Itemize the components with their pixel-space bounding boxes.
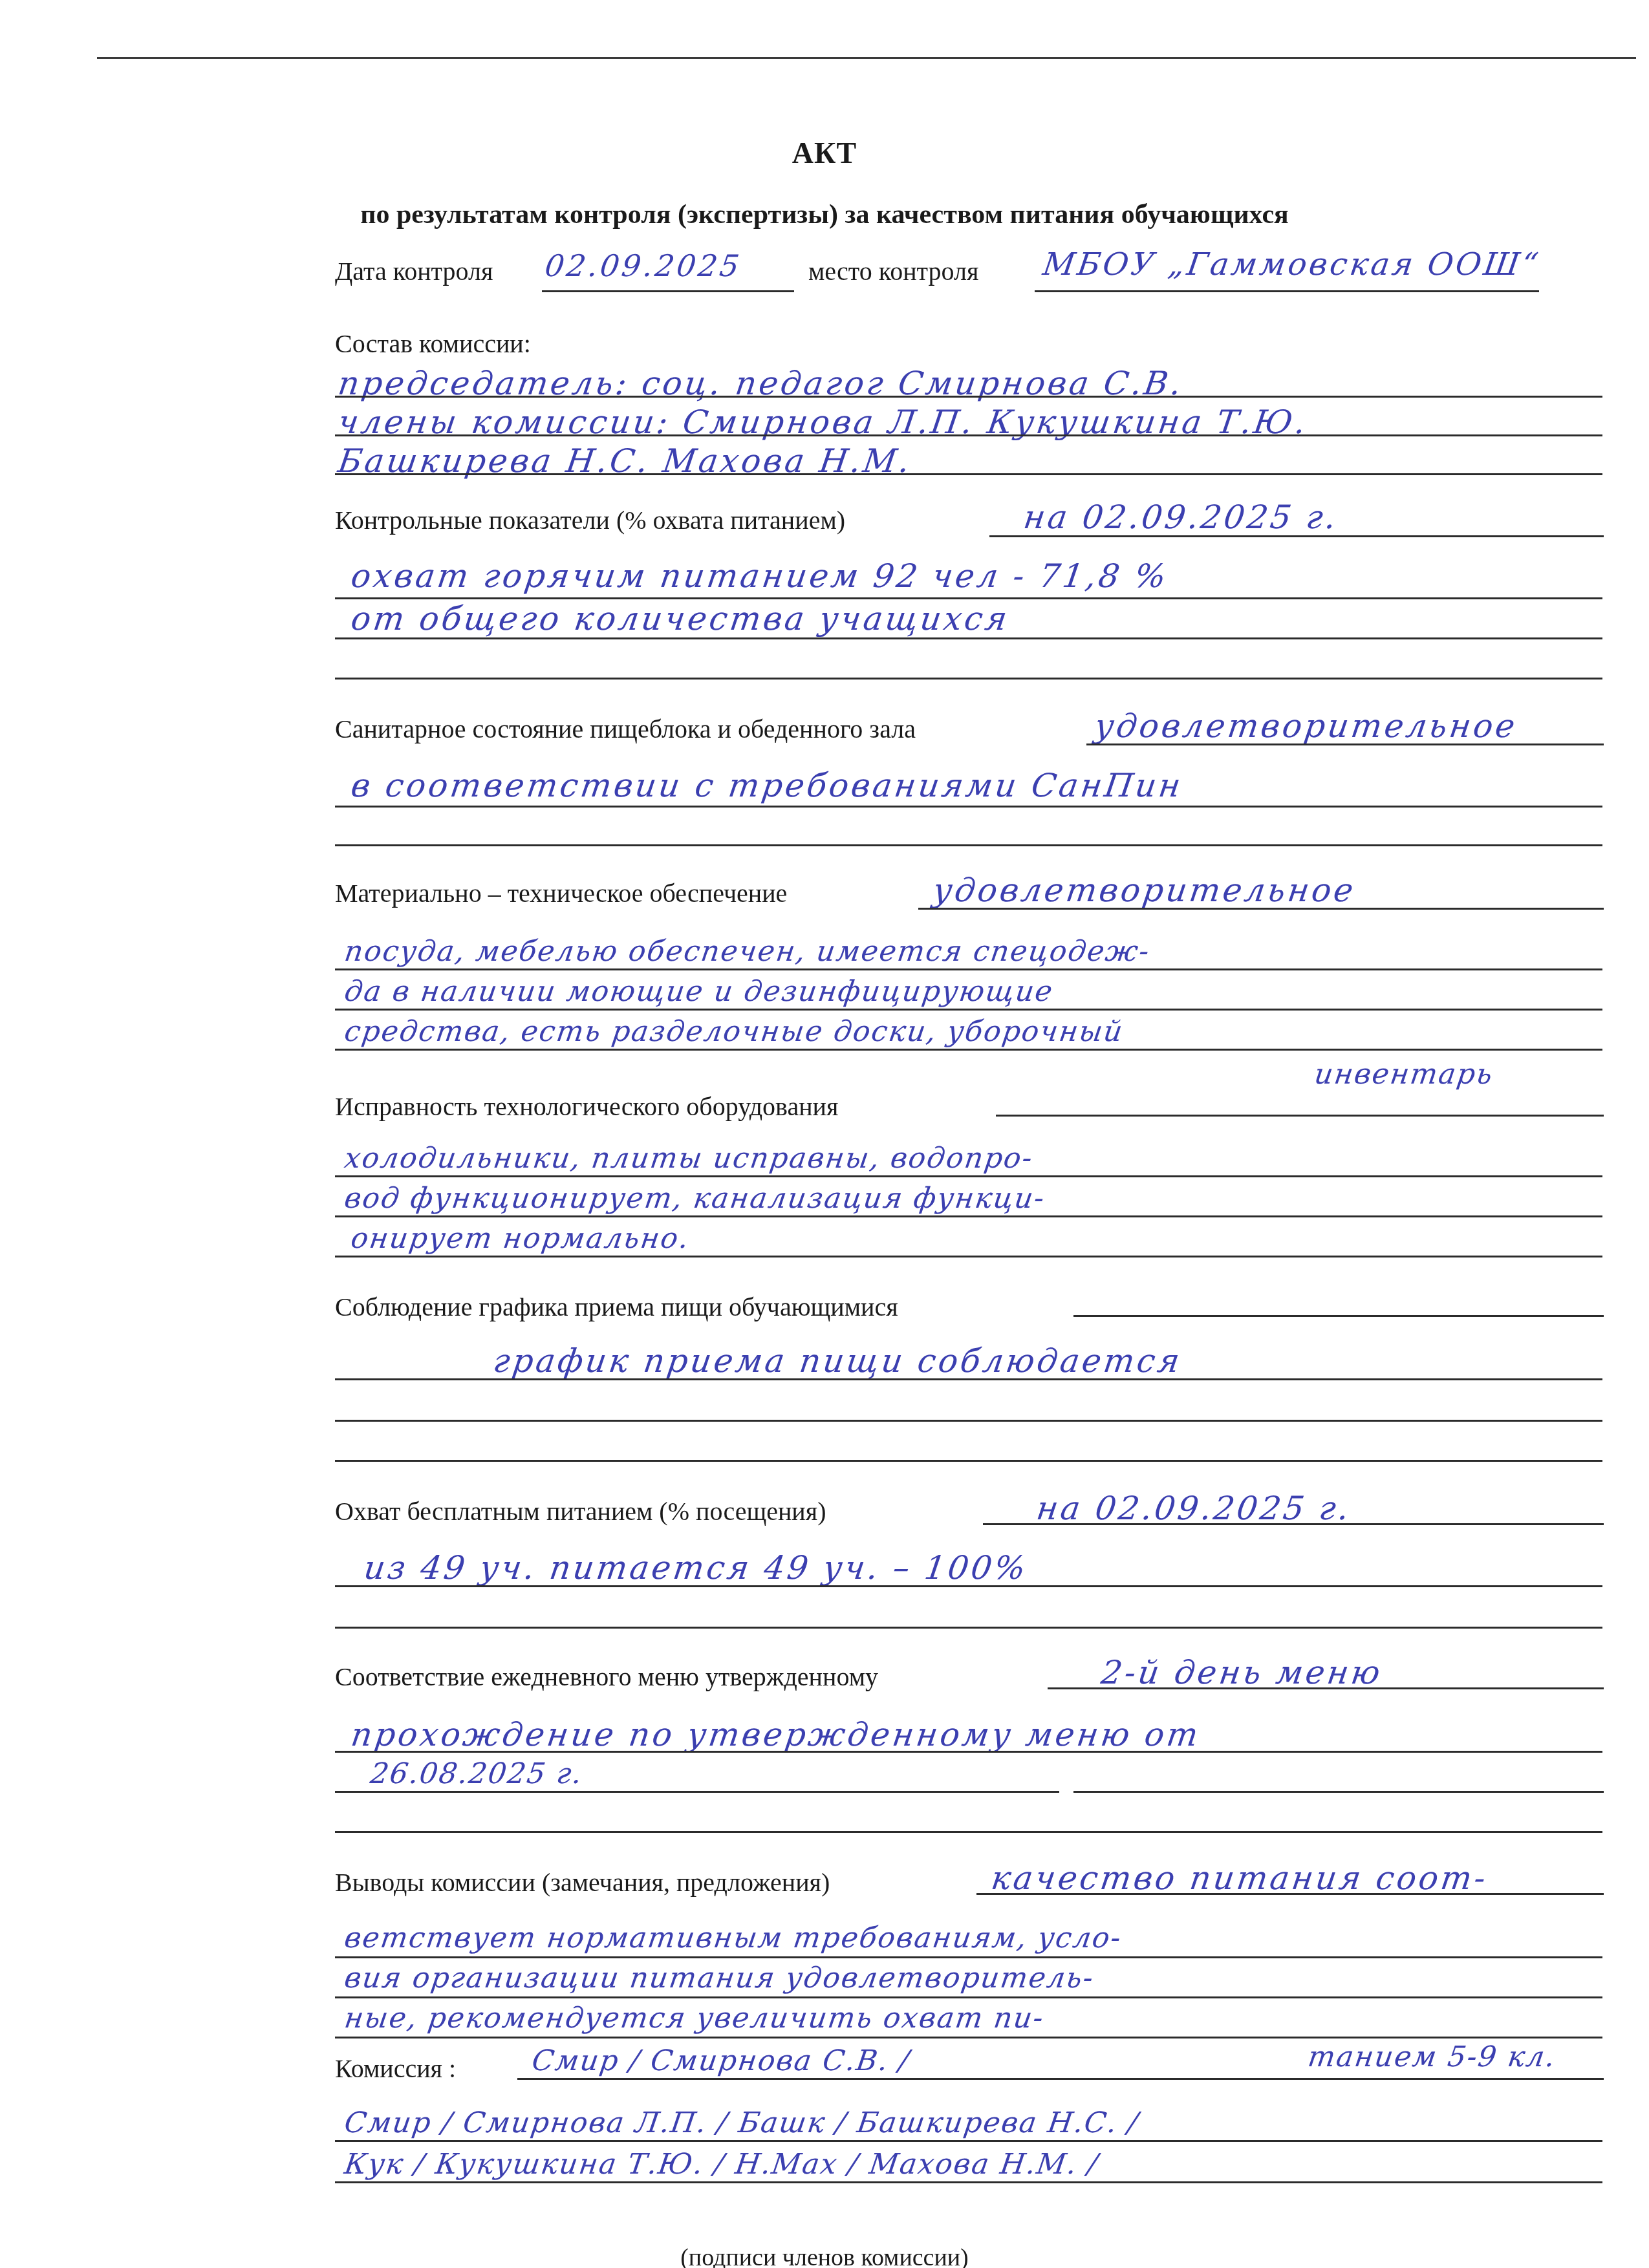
- control-indicators-line-1[interactable]: на 02.09.2025 г.: [1022, 501, 1341, 533]
- control-date-label: Дата контроля: [335, 259, 493, 284]
- meal-schedule-rule-4: [335, 1460, 1602, 1462]
- meal-schedule-rule-1: [1073, 1315, 1604, 1317]
- signatures-label: Комиссия :: [335, 2056, 456, 2082]
- free-meals-line-2[interactable]: из 49 уч. питается 49 уч. – 100%: [362, 1552, 1030, 1584]
- conclusions-rule-2: [335, 1956, 1602, 1958]
- conclusions-line-3[interactable]: вия организации питания удовлетворитель-: [343, 1964, 1096, 1993]
- equipment-rule-4: [335, 1256, 1602, 1257]
- commission-line-3[interactable]: Башкирева Н.С. Махова Н.М.: [336, 445, 914, 477]
- control-indicators-rule-2: [335, 597, 1602, 599]
- menu-compliance-line-3[interactable]: 26.08.2025 г.: [369, 1760, 585, 1788]
- sanitary-state-rule-1: [1086, 744, 1604, 745]
- material-support-line-3[interactable]: да в наличии моющие и дезинфицирующие: [343, 978, 1055, 1006]
- sanitary-state-rule-3: [335, 844, 1602, 846]
- signature-line-2[interactable]: Смир / Смирнова Л.П. / Башк / Башкирева …: [343, 2109, 1141, 2137]
- control-date-line: [542, 290, 794, 292]
- commission-label: Состав комиссии:: [335, 331, 531, 357]
- conclusions-label: Выводы комиссии (замечания, предложения): [335, 1870, 830, 1896]
- signatures-rule-3: [335, 2181, 1602, 2183]
- meal-schedule-line-2[interactable]: график приема пищи соблюдается: [491, 1345, 1184, 1377]
- sanitary-state-label: Санитарное состояние пищеблока и обеденн…: [335, 716, 916, 742]
- act-document: АКТ по результатам контроля (экспертизы)…: [0, 0, 1649, 2268]
- menu-compliance-rule-3a: [335, 1791, 1059, 1793]
- meal-schedule-rule-2: [335, 1378, 1602, 1380]
- menu-compliance-line-2[interactable]: прохождение по утвержденному меню от: [349, 1718, 1203, 1751]
- control-place-line: [1035, 290, 1539, 292]
- top-border-line: [97, 57, 1636, 59]
- signatures-rule-1: [517, 2078, 1604, 2080]
- document-title: АКТ: [0, 136, 1649, 170]
- conclusions-rule-3: [335, 1996, 1602, 1998]
- free-meals-rule-2: [335, 1585, 1602, 1587]
- commission-rule-2: [335, 434, 1602, 436]
- conclusions-line-5[interactable]: танием 5-9 кл.: [1306, 2043, 1558, 2071]
- control-indicators-line-2[interactable]: охват горячим питанием 92 чел - 71,8 %: [349, 560, 1170, 592]
- material-support-line-4[interactable]: средства, есть разделочные доски, убороч…: [343, 1018, 1125, 1046]
- equipment-line-4[interactable]: онирует нормально.: [349, 1225, 691, 1253]
- equipment-label: Исправность технологического оборудовани…: [335, 1094, 838, 1120]
- material-support-label: Материально – техническое обеспечение: [335, 881, 787, 906]
- signatures-caption: (подписи членов комиссии): [0, 2243, 1649, 2268]
- material-support-rule-1: [918, 908, 1604, 910]
- commission-line-2[interactable]: члены комиссии: Смирнова Л.П. Кукушкина …: [336, 406, 1310, 438]
- sanitary-state-line-1[interactable]: удовлетворительное: [1093, 710, 1520, 742]
- equipment-line-2[interactable]: холодильники, плиты исправны, водопро-: [343, 1144, 1035, 1173]
- menu-compliance-rule-4: [335, 1831, 1602, 1833]
- menu-compliance-rule-1: [1048, 1687, 1604, 1689]
- document-subtitle: по результатам контроля (экспертизы) за …: [0, 199, 1649, 230]
- meal-schedule-label: Соблюдение графика приема пищи обучающим…: [335, 1294, 898, 1320]
- meal-schedule-rule-3: [335, 1420, 1602, 1422]
- control-indicators-rule-3: [335, 637, 1602, 639]
- signature-line-3[interactable]: Кук / Кукушкина Т.Ю. / Н.Мах / Махова Н.…: [343, 2150, 1101, 2179]
- commission-rule-3: [335, 473, 1602, 475]
- material-support-rule-2: [335, 968, 1602, 970]
- equipment-line-3[interactable]: вод функционирует, канализация функци-: [343, 1184, 1047, 1213]
- material-support-rule-3: [335, 1009, 1602, 1011]
- material-support-line-2[interactable]: посуда, мебелью обеспечен, имеется спецо…: [343, 937, 1152, 966]
- conclusions-rule-1: [976, 1893, 1604, 1895]
- equipment-rule-2: [335, 1175, 1602, 1177]
- menu-compliance-rule-3b: [1073, 1791, 1604, 1793]
- material-support-rule-4: [335, 1049, 1602, 1051]
- free-meals-line-1[interactable]: на 02.09.2025 г.: [1035, 1492, 1353, 1524]
- free-meals-rule-3: [335, 1627, 1602, 1629]
- control-indicators-line-3[interactable]: от общего количества учащихся: [349, 603, 1011, 635]
- material-support-line-1[interactable]: удовлетворительное: [931, 874, 1358, 906]
- conclusions-line-4[interactable]: ные, рекомендуется увеличить охват пи-: [343, 2004, 1046, 2033]
- control-indicators-label: Контрольные показатели (% охвата питание…: [335, 508, 845, 533]
- control-indicators-rule-4: [335, 678, 1602, 679]
- commission-line-1[interactable]: председатель: соц. педагог Смирнова С.В.: [336, 367, 1186, 400]
- free-meals-label: Охват бесплатным питанием (% посещения): [335, 1499, 826, 1524]
- free-meals-rule-1: [983, 1523, 1604, 1525]
- control-place-value[interactable]: МБОУ „Гаммовская ООШ“: [1041, 249, 1542, 280]
- menu-compliance-line-1[interactable]: 2-й день меню: [1099, 1656, 1385, 1689]
- signatures-rule-2: [335, 2140, 1602, 2142]
- signature-line-1[interactable]: Смир / Смирнова С.В. /: [530, 2047, 912, 2075]
- sanitary-state-rule-2: [335, 806, 1602, 808]
- control-indicators-rule-1: [989, 535, 1604, 537]
- commission-rule-1: [335, 396, 1602, 398]
- conclusions-line-1[interactable]: качество питания соот-: [989, 1862, 1490, 1894]
- control-place-label: место контроля: [808, 259, 978, 284]
- control-date-value[interactable]: 02.09.2025: [543, 251, 744, 281]
- menu-compliance-label: Соответствие ежедневного меню утвержденн…: [335, 1664, 878, 1690]
- equipment-rule-3: [335, 1215, 1602, 1217]
- menu-compliance-rule-2: [335, 1751, 1602, 1753]
- conclusions-rule-4: [335, 2037, 1602, 2038]
- sanitary-state-line-2[interactable]: в соответствии с требованиями СанПин: [349, 769, 1185, 802]
- material-support-line-5[interactable]: инвентарь: [1313, 1060, 1495, 1089]
- equipment-rule-1: [996, 1115, 1604, 1117]
- conclusions-line-2[interactable]: ветствует нормативным требованиям, усло-: [343, 1924, 1124, 1952]
